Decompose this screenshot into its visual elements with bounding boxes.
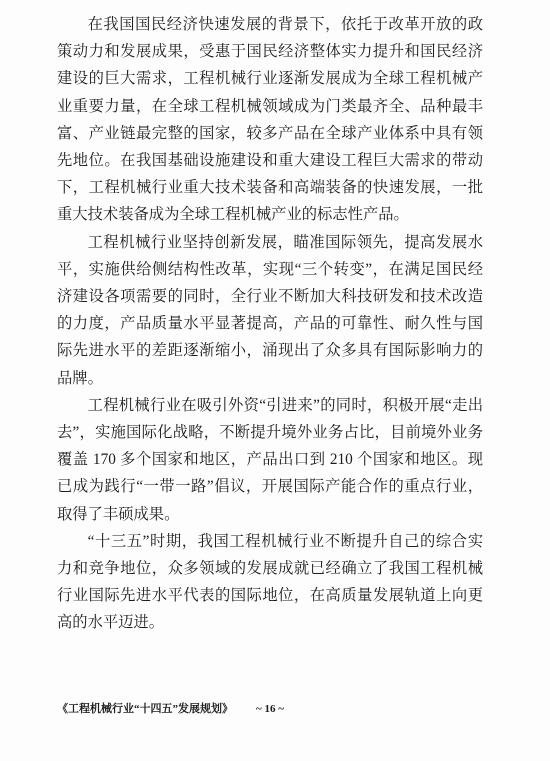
body-paragraph-4: “十三五”时期，我国工程机械行业不断提升自己的综合实力和竞争地位，众多领域的发展… xyxy=(57,528,483,637)
body-paragraph-2: 工程机械行业坚持创新发展，瞄准国际领先，提高发展水平，实施供给侧结构性改革，实现… xyxy=(57,229,483,392)
page-footer: 《工程机械行业“十四五”发展规划》 ~ 16 ~ xyxy=(57,701,483,717)
body-paragraph-1: 在我国国民经济快速发展的背景下，依托于改革开放的政策动力和发展成果，受惠于国民经… xyxy=(57,11,483,229)
body-paragraph-3: 工程机械行业在吸引外资“引进来”的同时，积极开展“走出去”，实施国际化战略，不断… xyxy=(57,392,483,528)
page-body: 在我国国民经济快速发展的背景下，依托于改革开放的政策动力和发展成果，受惠于国民经… xyxy=(57,11,483,637)
footer-page-number: ~ 16 ~ xyxy=(256,701,284,717)
footer-doc-title: 《工程机械行业“十四五”发展规划》 xyxy=(57,701,233,717)
document-page: 在我国国民经济快速发展的背景下，依托于改革开放的政策动力和发展成果，受惠于国民经… xyxy=(0,0,550,761)
